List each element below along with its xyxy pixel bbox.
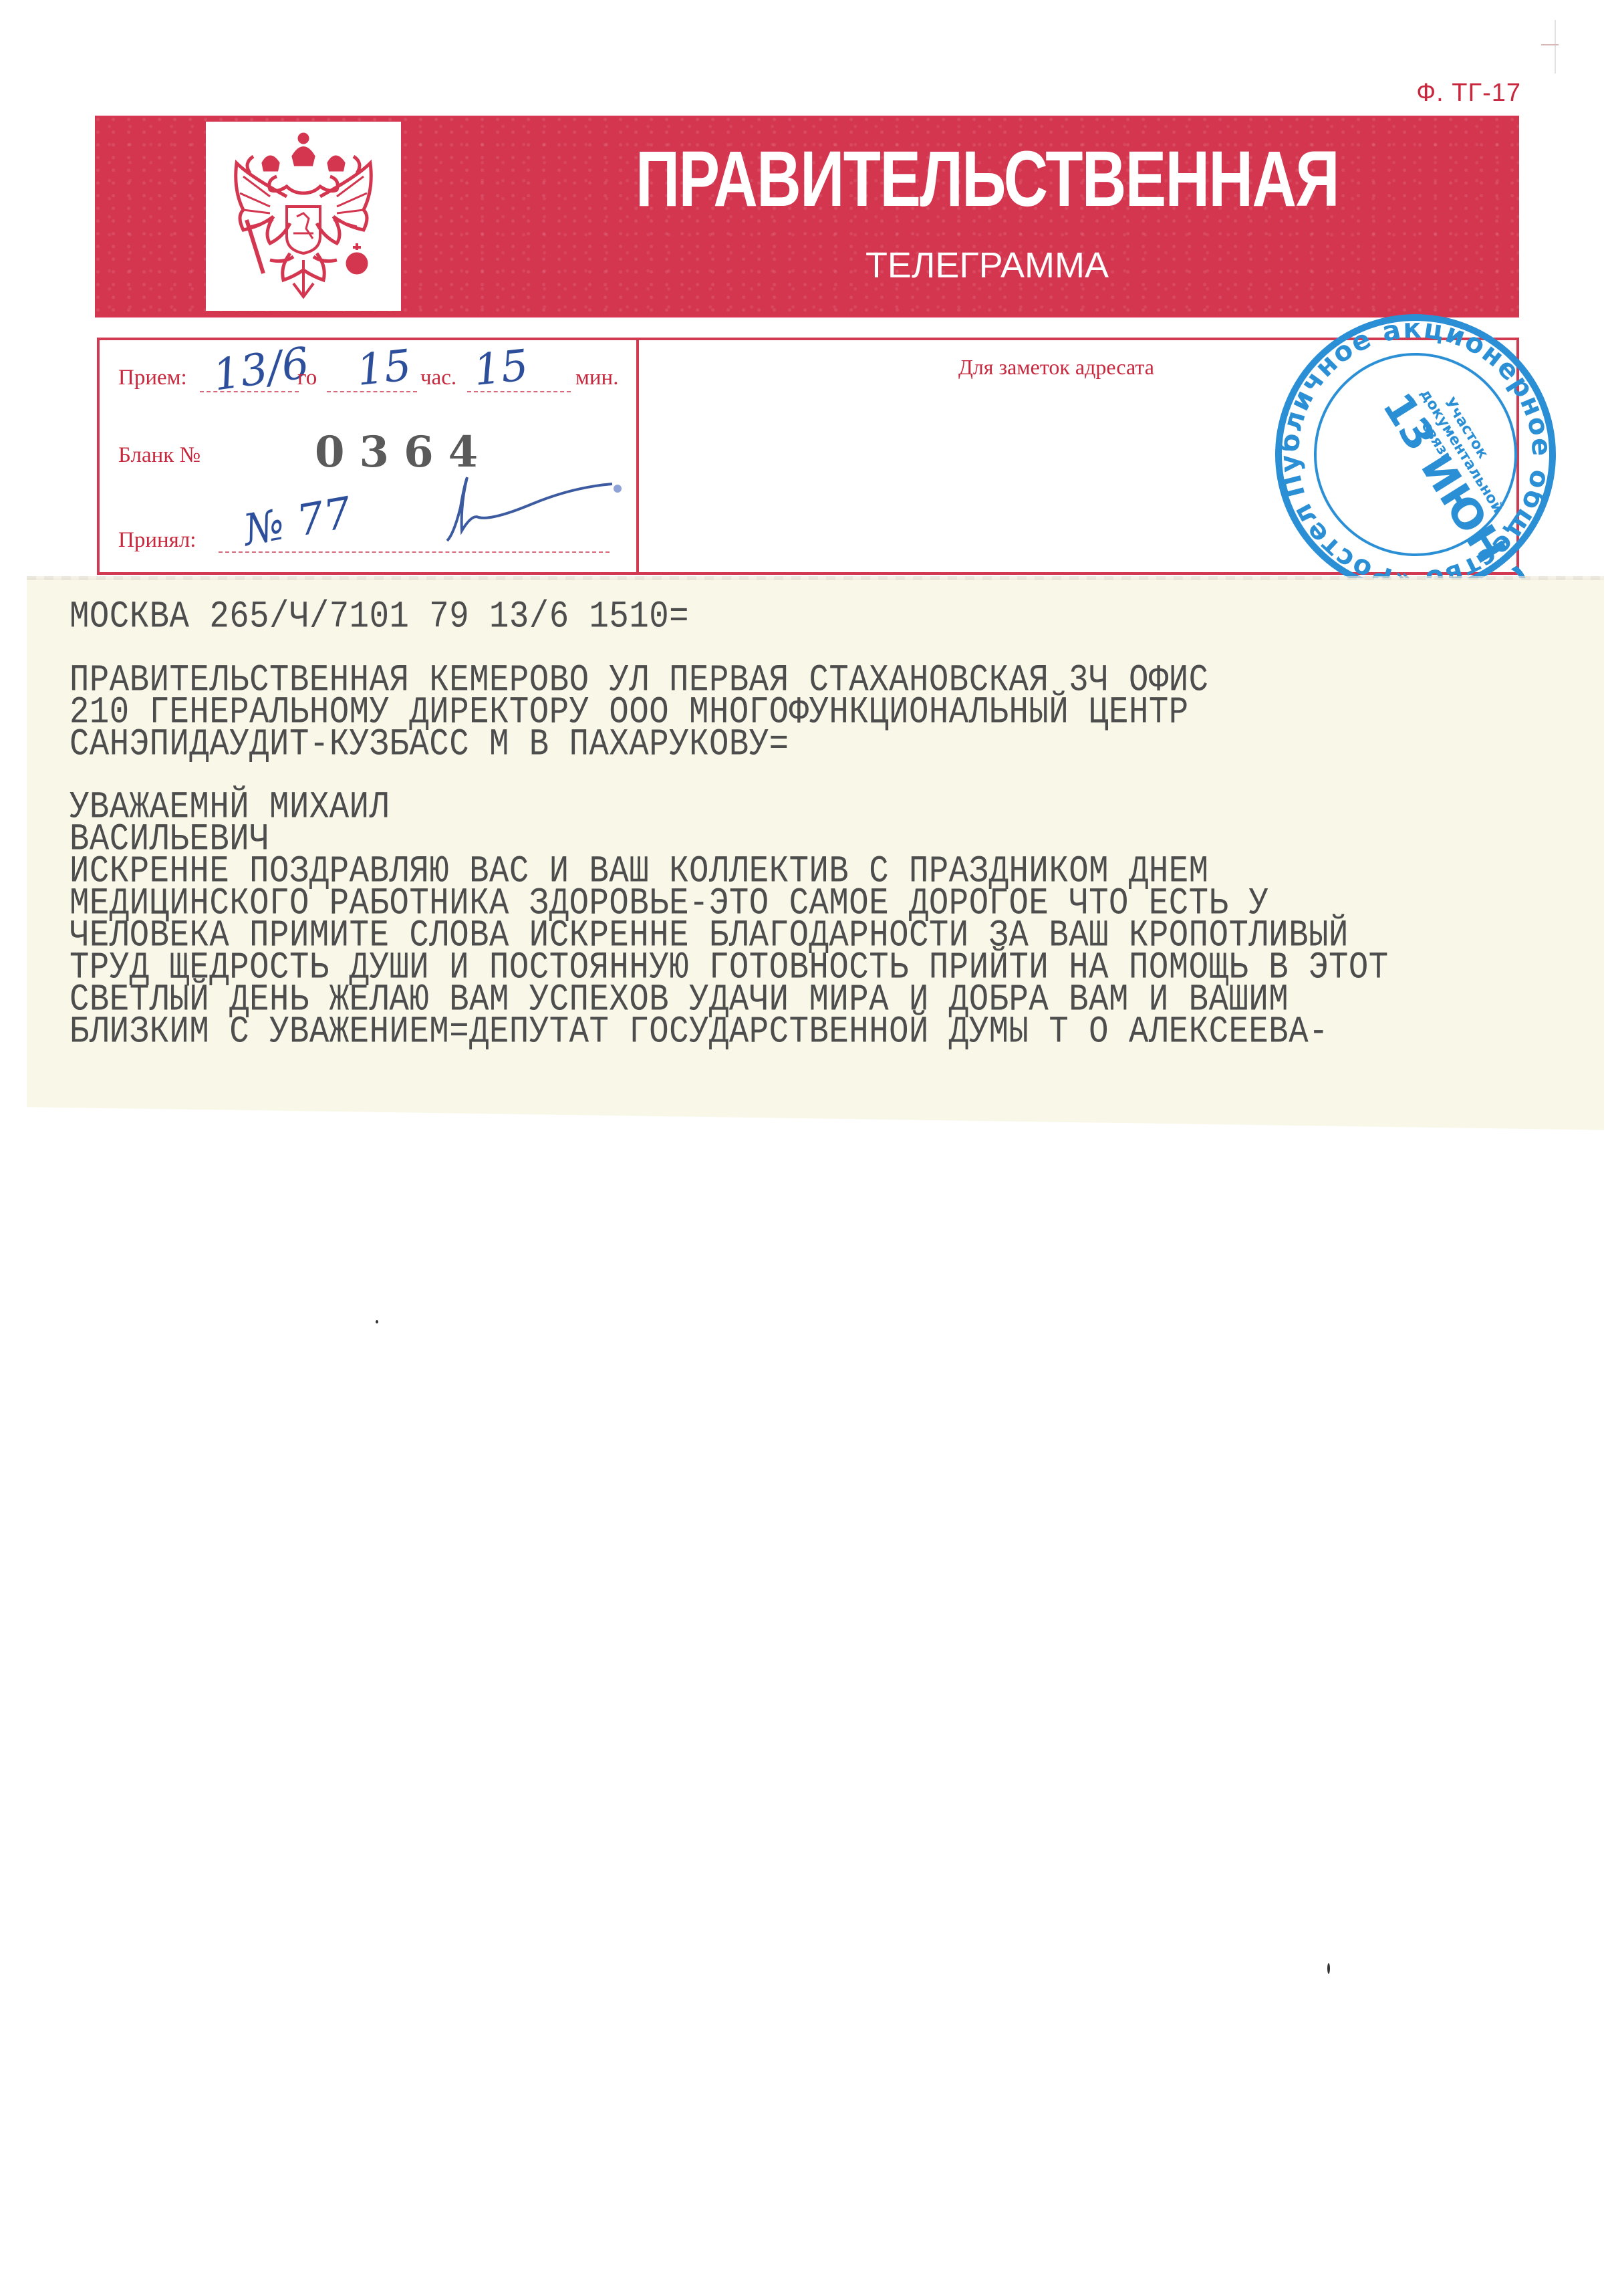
header-banner: ПРАВИТЕЛЬСТВЕННАЯ ТЕЛЕГРАММА bbox=[95, 116, 1519, 317]
received-hour-field[interactable]: 15 bbox=[355, 344, 414, 392]
telegram-body: УВАЖАЕМНЙ МИХАИЛ ВАСИЛЬЕВИЧ ИСКРЕННЕ ПОЗ… bbox=[70, 789, 1389, 1045]
accepted-line bbox=[219, 551, 610, 553]
scan-dust bbox=[376, 1320, 378, 1323]
telegram-address: ПРАВИТЕЛЬСТВЕННАЯ КЕМЕРОВО УЛ ПЕРВАЯ СТА… bbox=[70, 662, 1209, 758]
accepted-label: Принял: bbox=[118, 529, 196, 551]
received-day-field[interactable]: 13/6 bbox=[211, 342, 311, 397]
hour-suffix: час. bbox=[420, 367, 456, 389]
accepted-field[interactable]: № 77 bbox=[241, 491, 355, 552]
postal-stamp-icon: Публичное акционерное общество «Ростелек… bbox=[1248, 307, 1583, 602]
telegram-header-line: МОСКВА 265/Ч/7101 79 13/6 1510= bbox=[70, 598, 689, 635]
address-line: САНЭПИДАУДИТ-КУЗБАСС М В ПАХАРУКОВУ= bbox=[70, 726, 1209, 763]
notes-label: Для заметок адресата bbox=[958, 355, 1154, 380]
registration-mark bbox=[1555, 20, 1556, 74]
received-minute-field[interactable]: 15 bbox=[472, 344, 531, 392]
received-label: Прием: bbox=[118, 367, 187, 389]
tape-torn-edge bbox=[27, 576, 1604, 580]
frame-divider bbox=[636, 340, 639, 572]
signature-icon bbox=[440, 474, 628, 547]
banner-subtitle: ТЕЛЕГРАММА bbox=[523, 247, 1452, 283]
registration-mark bbox=[1541, 44, 1559, 45]
day-suffix: го bbox=[297, 367, 317, 389]
banner-title: ПРАВИТЕЛЬСТВЕННАЯ bbox=[625, 140, 1349, 219]
body-line: БЛИЗКИМ С УВАЖЕНИЕМ=ДЕПУТАТ ГОСУДАРСТВЕН… bbox=[70, 1013, 1389, 1050]
scan-dust bbox=[1327, 1963, 1330, 1974]
blank-number-label: Бланк № bbox=[118, 444, 200, 467]
russian-coat-of-arms-icon bbox=[223, 126, 384, 307]
emblem-box bbox=[206, 122, 401, 311]
blank-number: 0364 bbox=[315, 431, 493, 474]
form-code: Ф. ТГ-17 bbox=[1401, 79, 1521, 108]
minute-suffix: мин. bbox=[575, 367, 618, 389]
